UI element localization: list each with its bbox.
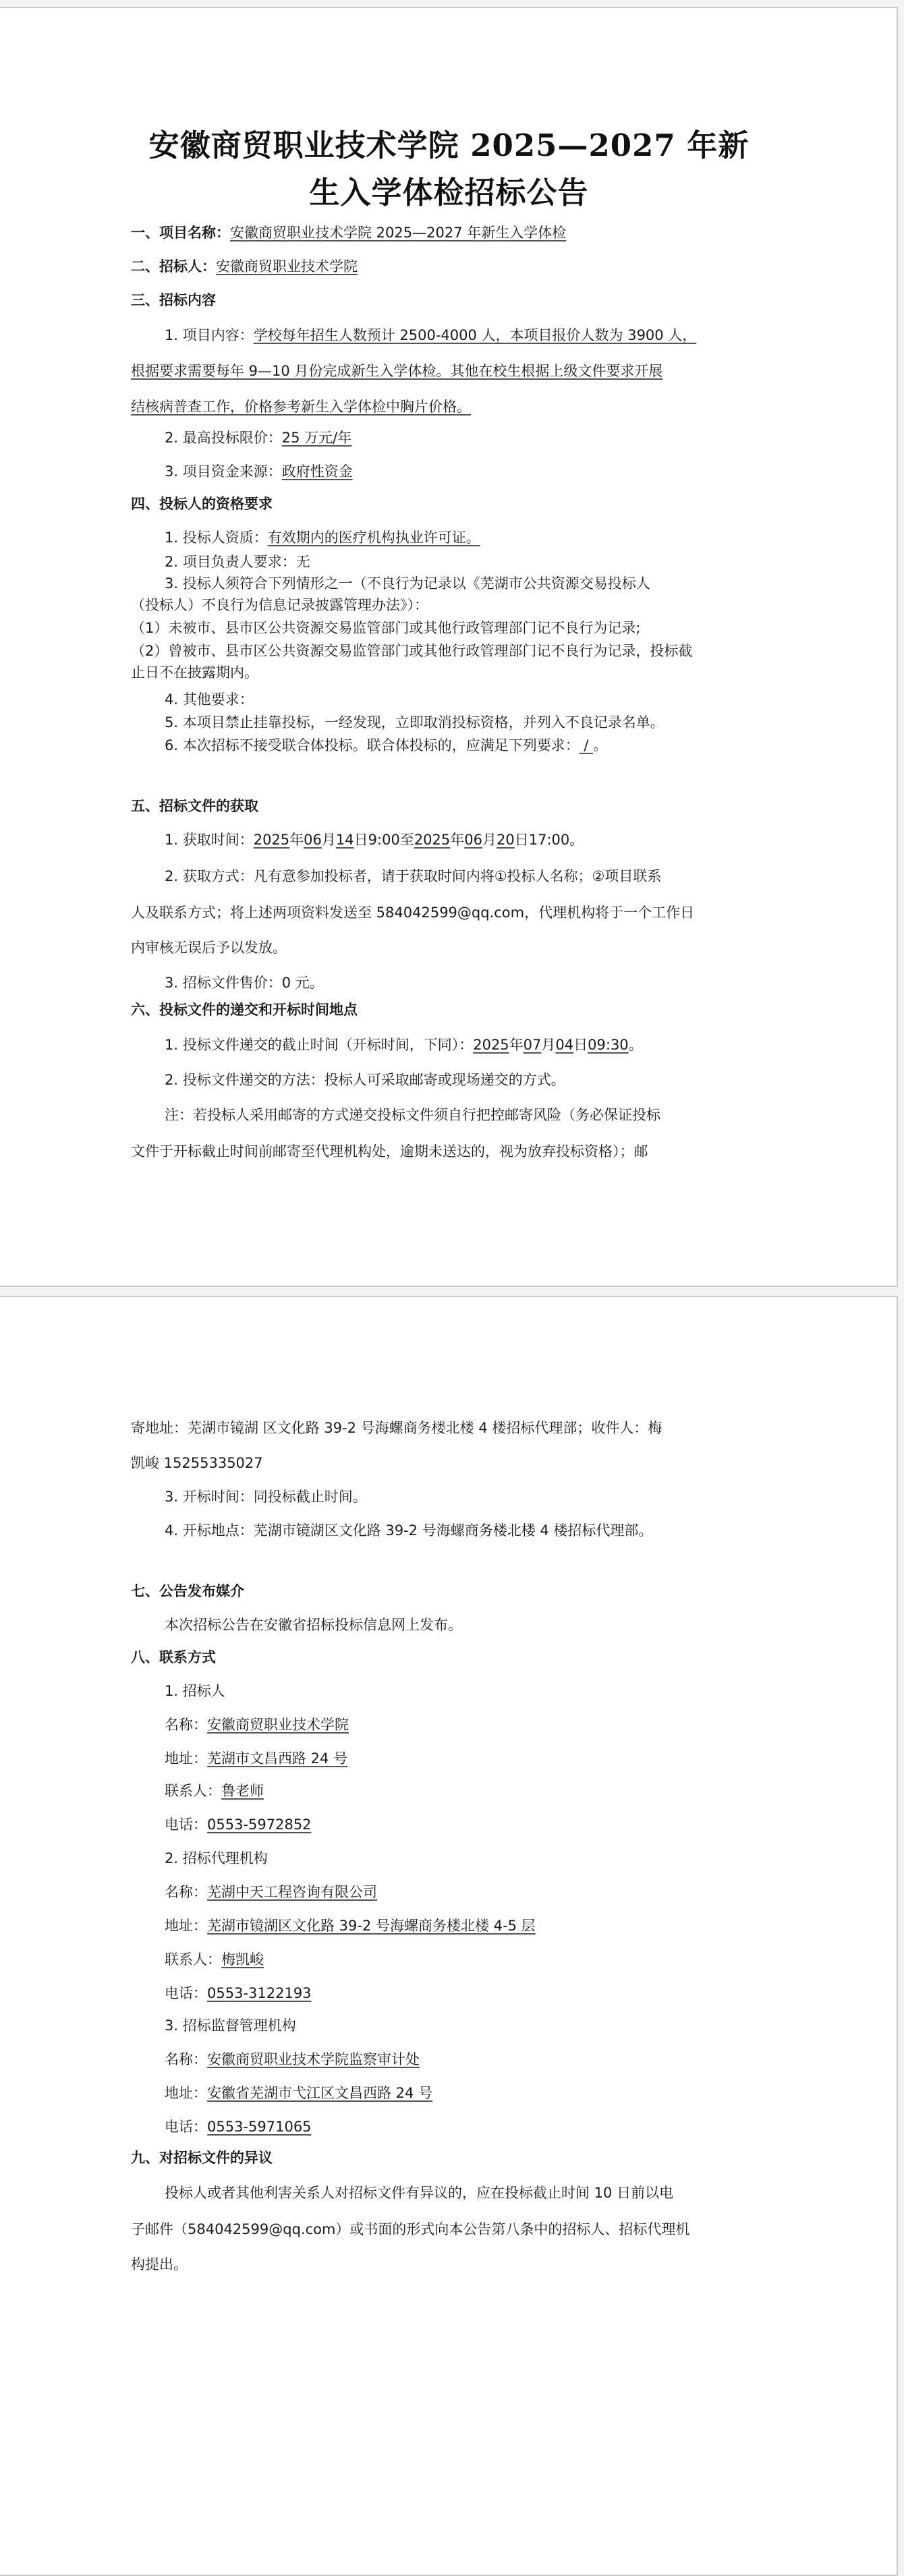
funding-source-label: 3. 项目资金来源： — [165, 463, 282, 480]
end-year: 2025 — [414, 832, 450, 848]
period: 。 — [629, 1037, 643, 1053]
tenderer-name-value: 安徽商贸职业技术学院 — [207, 1717, 349, 1733]
project-content-label: 1. 项目内容： — [165, 327, 254, 343]
bad-record-rule-line-1: 3. 投标人须符合下列情形之一（不良行为记录以《芜湖市公共资源交易投标人 — [165, 575, 650, 592]
acquisition-method-line-2: 人及联系方式；将上述两项资料发送至 584042599@qq.com，代理机构将… — [131, 904, 694, 921]
tenderer-address-value: 芜湖市文昌西路 24 号 — [207, 1750, 347, 1767]
bad-record-rule-line-2: （投标人）不良行为信息记录披露管理办法》）： — [131, 596, 428, 614]
bad-record-case-2-line-1: （2）曾被市、县市区公共资源交易监管部门或其他行政管理部门记不良行为记录，投标截 — [131, 642, 692, 660]
no-consortium-rule: 6. 本次招标不接受联合体投标。联合体投标的，应满足下列要求： / 。 — [165, 737, 607, 754]
project-content-line-3: 结核病普查工作，价格参考新生入学体检中胸片价格。 — [131, 398, 471, 416]
max-bid-price-label: 2. 最高投标限价： — [165, 430, 282, 446]
agency-phone-value: 0553-3122193 — [207, 1985, 312, 2001]
to-char: 至 — [400, 832, 414, 848]
year-char: 年 — [509, 1037, 524, 1053]
agency-address: 地址：芜湖市镜湖区文化路 39-2 号海螺商务楼北楼 4-5 层 — [165, 1917, 536, 1935]
tenderer-contact-heading: 1. 招标人 — [165, 1682, 225, 1700]
supervisor-name: 名称：安徽商贸职业技术学院监察审计处 — [165, 2051, 420, 2068]
acquisition-method-line-3: 内审核无误后予以发放。 — [131, 939, 287, 956]
bad-record-case-2-line-2: 止日不在披露期内。 — [131, 664, 258, 681]
other-requirements: 4. 其他要求： — [165, 691, 254, 708]
section-5-heading: 五、招标文件的获取 — [131, 797, 258, 815]
section-2-tenderer: 二、招标人：安徽商贸职业技术学院 — [131, 258, 358, 275]
address-label: 地址： — [165, 1918, 207, 1934]
bad-record-case-1: （1）未被市、县市区公共资源交易监管部门或其他行政管理部门记不良行为记录; — [131, 619, 640, 637]
bidder-qualification-value: 有效期内的医疗机构执业许可证。 — [268, 529, 480, 546]
no-consortium-text: 6. 本次招标不接受联合体投标。联合体投标的，应满足下列要求： — [165, 737, 580, 753]
start-time: 9:00 — [368, 832, 400, 848]
acquisition-time-label: 1. 获取时间： — [165, 832, 254, 848]
consortium-requirement-blank: / — [580, 737, 593, 753]
name-label: 名称： — [165, 1717, 207, 1733]
start-year: 2025 — [254, 832, 289, 848]
start-month: 06 — [304, 832, 322, 848]
submission-method: 2. 投标文件递交的方法：投标人可采取邮寄或现场递交的方式。 — [165, 1071, 565, 1089]
day-char: 日 — [573, 1037, 588, 1053]
max-bid-price-value: 25 万元/年 — [282, 430, 351, 446]
day-char: 日 — [354, 832, 368, 848]
section-1-heading: 一、项目名称： — [131, 225, 230, 241]
mail-note-line-1: 注：若投标人采用邮寄的方式递交投标文件须自行把控邮寄风险（务必保证投标 — [165, 1106, 660, 1124]
deadline-year: 2025 — [473, 1037, 509, 1053]
submission-deadline-label: 1. 投标文件递交的截止时间（开标时间，下同）： — [165, 1037, 473, 1053]
section-6-heading: 六、投标文件的递交和开标时间地点 — [131, 1001, 358, 1019]
tenderer-contact-value: 鲁老师 — [221, 1783, 264, 1799]
contact-label: 联系人： — [165, 1783, 221, 1799]
address-label: 地址： — [165, 2085, 207, 2101]
project-content-line-1: 1. 项目内容：学校每年招生人数预计 2500-4000 人，本项目报价人数为 … — [165, 326, 696, 344]
sentence-end: 。 — [593, 737, 607, 753]
tenderer-phone-value: 0553-5972852 — [207, 1816, 312, 1833]
supervisor-phone-value: 0553-5971065 — [207, 2119, 312, 2135]
contact-label: 联系人： — [165, 1951, 221, 1968]
mail-note-line-4: 凯峻 15255335027 — [131, 1454, 263, 1472]
period: 。 — [569, 832, 584, 848]
funding-source-value: 政府性资金 — [282, 463, 353, 480]
year-char: 年 — [450, 832, 464, 848]
name-label: 名称： — [165, 1884, 207, 1900]
max-bid-price: 2. 最高投标限价：25 万元/年 — [165, 429, 351, 447]
section-2-heading: 二、招标人： — [131, 258, 216, 275]
agency-contact-heading: 2. 招标代理机构 — [165, 1850, 268, 1867]
month-char: 月 — [322, 832, 336, 848]
end-month: 06 — [464, 832, 482, 848]
section-1-project-name: 一、项目名称：安徽商贸职业技术学院 2025—2027 年新生入学体检 — [131, 224, 566, 241]
project-name-value: 安徽商贸职业技术学院 2025—2027 年新生入学体检 — [230, 225, 566, 241]
section-7-heading: 七、公告发布媒介 — [131, 1582, 244, 1600]
agency-name-value: 芜湖中天工程咨询有限公司 — [207, 1884, 377, 1900]
phone-label: 电话： — [165, 1816, 207, 1833]
deadline-month: 07 — [524, 1037, 542, 1053]
phone-label: 电话： — [165, 1985, 207, 2001]
document-price: 3. 招标文件售价：0 元。 — [165, 974, 324, 992]
no-affiliation-rule: 5. 本项目禁止挂靠投标，一经发现，立即取消投标资格，并列入不良记录名单。 — [165, 714, 665, 731]
end-day: 20 — [497, 832, 515, 848]
agency-name: 名称：芜湖中天工程咨询有限公司 — [165, 1883, 377, 1901]
objection-text-line-1: 投标人或者其他利害关系人对招标文件有异议的，应在投标截止时间 10 日前以电 — [165, 2184, 673, 2202]
phone-label: 电话： — [165, 2119, 207, 2135]
document-title-line-1: 安徽商贸职业技术学院 2025—2027 年新 — [0, 127, 898, 165]
opening-time: 3. 开标时间：同投标截止时间。 — [165, 1488, 367, 1506]
document-title-line-2: 生入学体检招标公告 — [0, 174, 898, 212]
agency-phone: 电话：0553-3122193 — [165, 1984, 312, 2002]
tenderer-value: 安徽商贸职业技术学院 — [216, 258, 358, 275]
opening-location: 4. 开标地点：芜湖市镜湖区文化路 39-2 号海螺商务楼北楼 4 楼招标代理部… — [165, 1522, 652, 1539]
deadline-day: 04 — [555, 1037, 573, 1053]
tenderer-address: 地址：芜湖市文昌西路 24 号 — [165, 1750, 347, 1767]
supervisor-phone: 电话：0553-5971065 — [165, 2118, 312, 2136]
objection-text-line-2: 子邮件（584042599@qq.com）或书面的形式向本公告第八条中的招标人、… — [131, 2221, 689, 2238]
funding-source: 3. 项目资金来源：政府性资金 — [165, 463, 353, 480]
objection-text-line-3: 构提出。 — [131, 2256, 188, 2273]
supervisor-address-value: 安徽省芜湖市弋江区文昌西路 24 号 — [207, 2085, 432, 2101]
address-label: 地址： — [165, 1750, 207, 1767]
tenderer-phone: 电话：0553-5972852 — [165, 1816, 312, 1833]
bidder-qualification: 1. 投标人资质：有效期内的医疗机构执业许可证。 — [165, 529, 480, 546]
name-label: 名称： — [165, 2051, 207, 2067]
agency-contact-value: 梅凯峻 — [221, 1951, 264, 1968]
mail-note-line-2: 文件于开标截止时间前邮寄至代理机构处，逾期未送达的，视为放弃投标资格）；邮 — [131, 1143, 648, 1160]
supervisor-contact-heading: 3. 招标监督管理机构 — [165, 2017, 296, 2034]
project-content-line-2: 根据要求需要每年 9—10 月份完成新生入学体检。其他在校生根据上级文件要求开展 — [131, 362, 662, 380]
tenderer-contact-person: 联系人：鲁老师 — [165, 1782, 264, 1800]
publication-media-text: 本次招标公告在安徽省招标投标信息网上发布。 — [165, 1616, 462, 1634]
deadline-time: 09:30 — [588, 1037, 629, 1053]
start-day: 14 — [336, 832, 354, 848]
agency-contact-person: 联系人：梅凯峻 — [165, 1951, 264, 1968]
document-page-2 — [0, 1296, 898, 2576]
agency-address-value: 芜湖市镜湖区文化路 39-2 号海螺商务楼北楼 4-5 层 — [207, 1918, 536, 1934]
bidder-qualification-label: 1. 投标人资质： — [165, 529, 268, 546]
section-9-heading: 九、对招标文件的异议 — [131, 2149, 273, 2167]
tenderer-name: 名称：安徽商贸职业技术学院 — [165, 1716, 349, 1734]
section-3-heading: 三、招标内容 — [131, 291, 216, 309]
month-char: 月 — [482, 832, 497, 848]
supervisor-address: 地址：安徽省芜湖市弋江区文昌西路 24 号 — [165, 2084, 432, 2102]
end-time: 17:00 — [529, 832, 570, 848]
day-char: 日 — [515, 832, 529, 848]
project-content-text-1: 学校每年招生人数预计 2500-4000 人，本项目报价人数为 3900 人， — [254, 327, 697, 343]
section-4-heading: 四、投标人的资格要求 — [131, 495, 273, 513]
mail-note-line-3: 寄地址：芜湖市镜湖 区文化路 39-2 号海螺商务楼北楼 4 楼招标代理部；收件… — [131, 1419, 662, 1437]
acquisition-method-line-1: 2. 获取方式：凡有意参加投标者，请于获取时间内将①投标人名称；②项目联系 — [165, 867, 661, 885]
acquisition-time: 1. 获取时间：2025年06月14日9:00至2025年06月20日17:00… — [165, 831, 584, 849]
submission-deadline: 1. 投标文件递交的截止时间（开标时间，下同）：2025年07月04日09:30… — [165, 1036, 643, 1054]
year-char: 年 — [289, 832, 304, 848]
project-lead-requirement: 2. 项目负责人要求：无 — [165, 553, 310, 571]
section-8-heading: 八、联系方式 — [131, 1649, 216, 1666]
supervisor-name-value: 安徽商贸职业技术学院监察审计处 — [207, 2051, 420, 2067]
month-char: 月 — [541, 1037, 555, 1053]
